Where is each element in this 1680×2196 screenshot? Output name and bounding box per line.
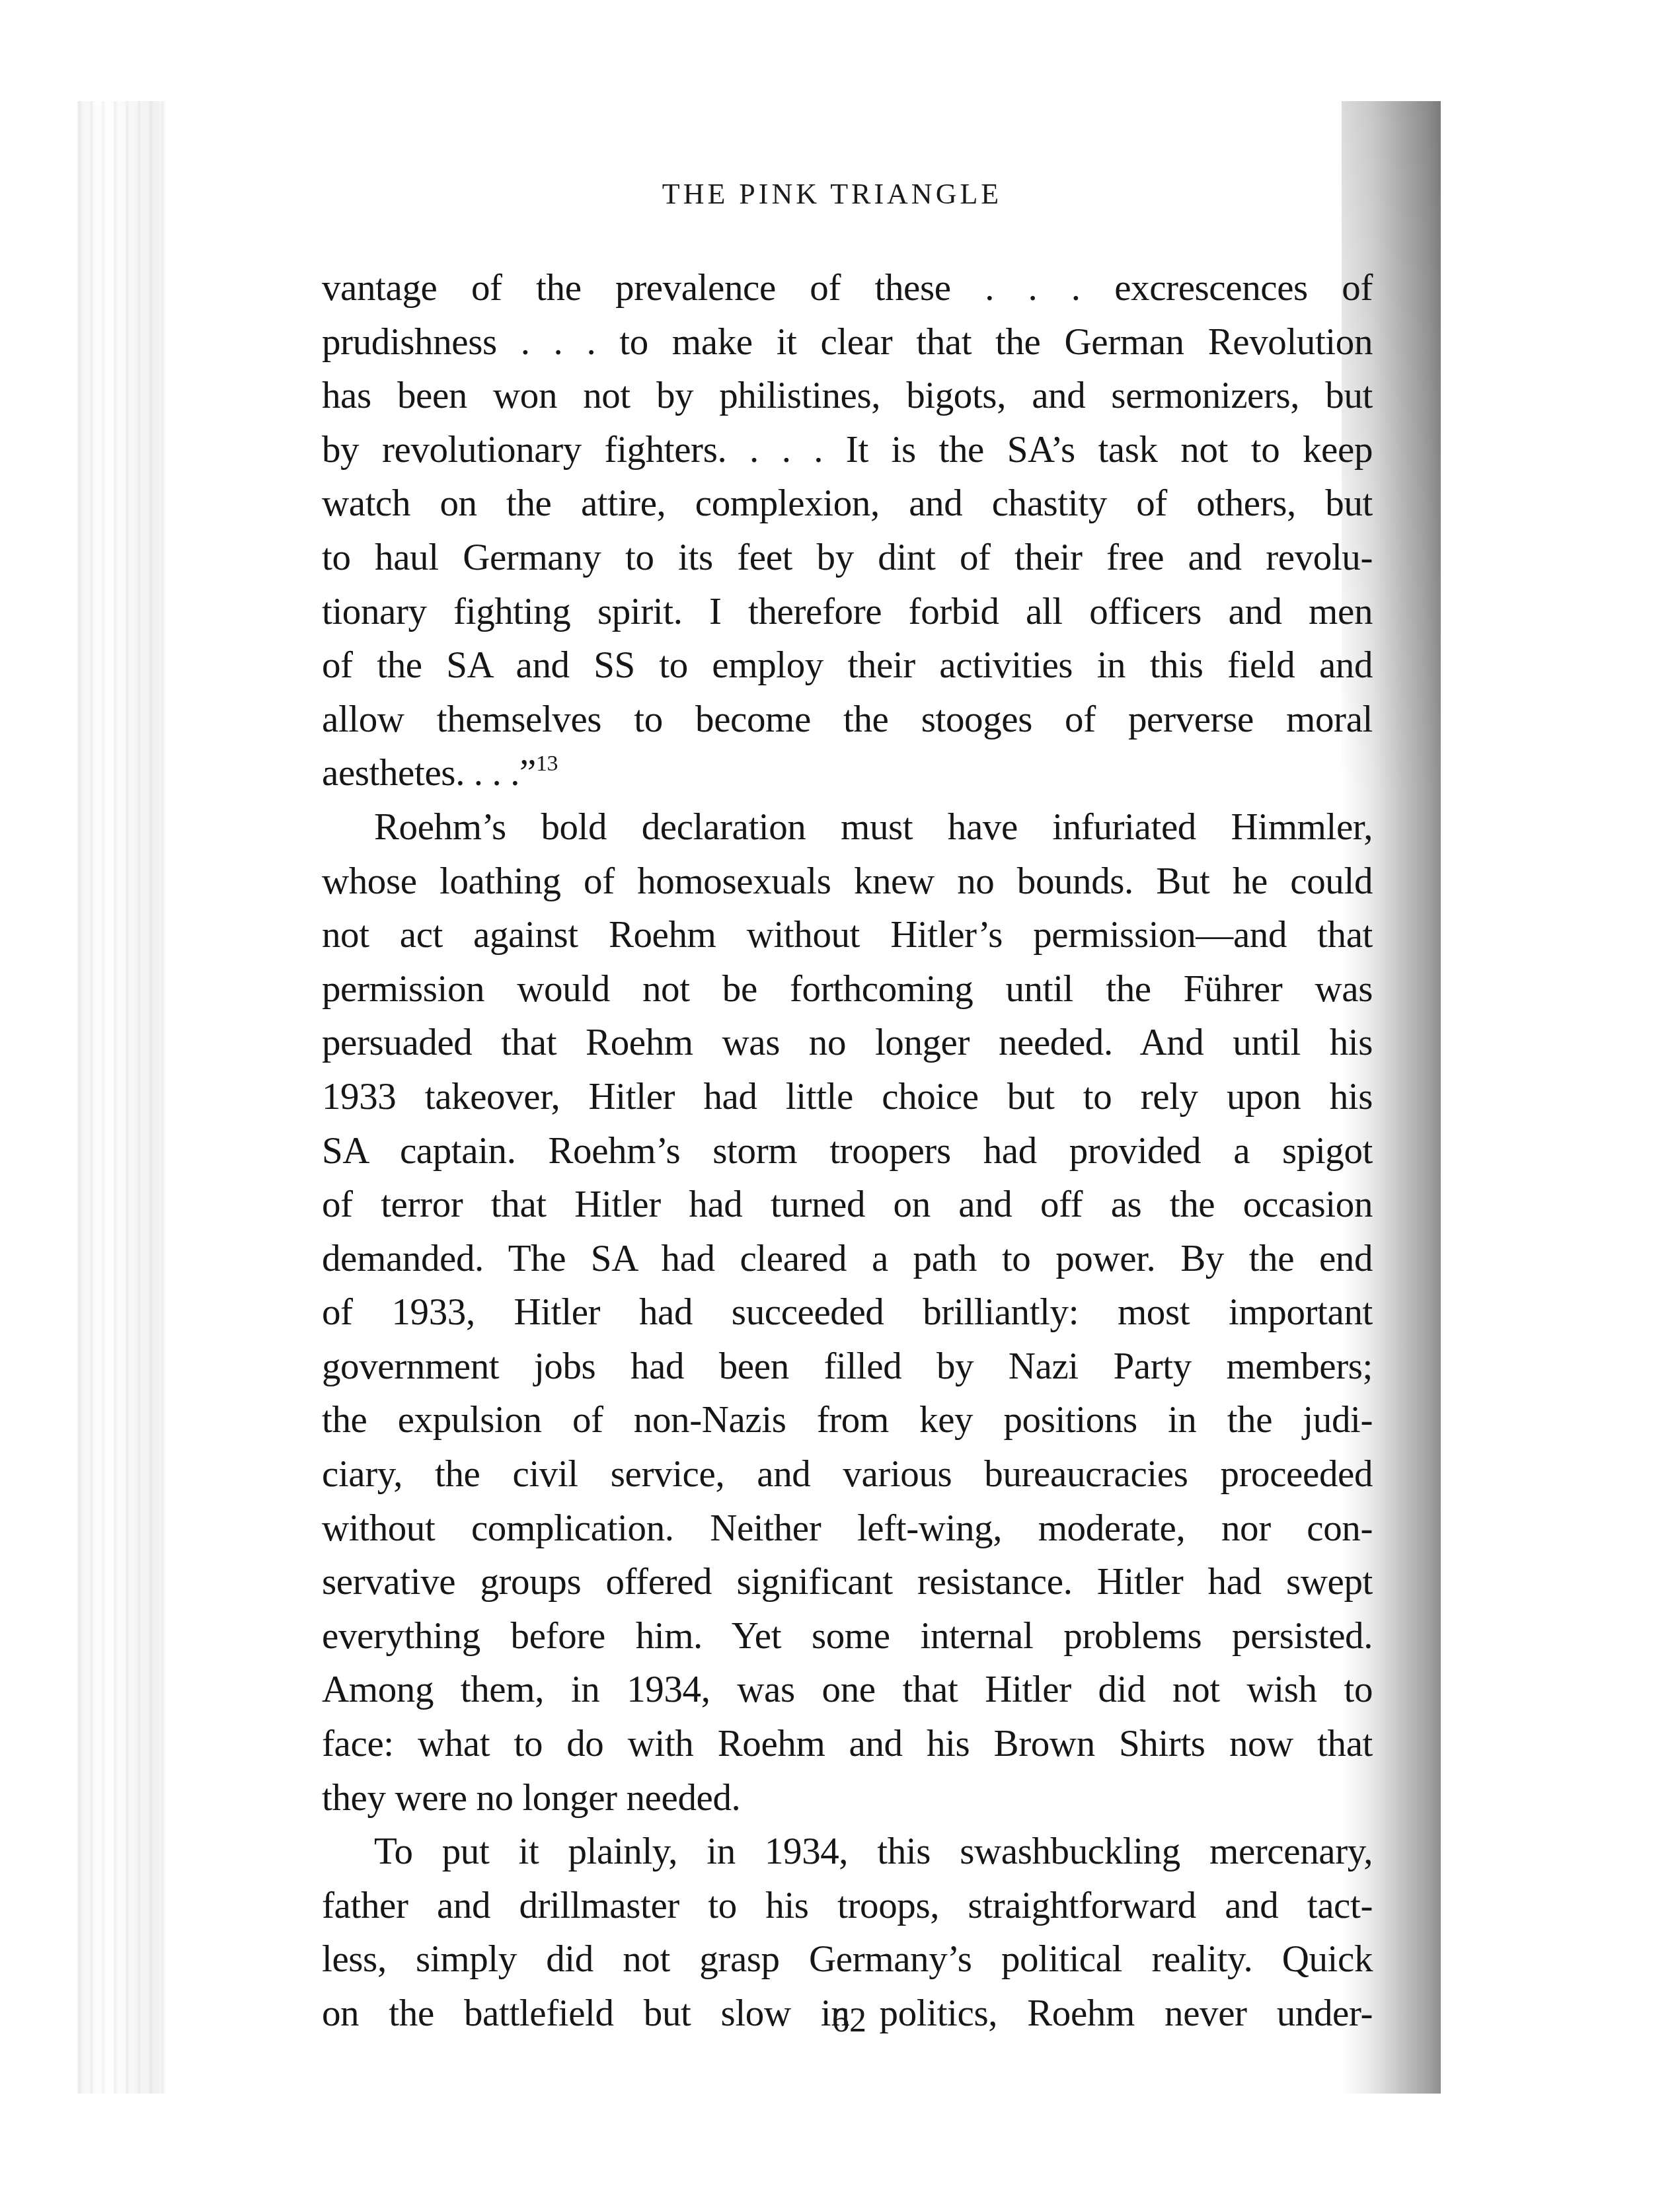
text-line-content: the expulsion of non-Nazis from key posi… <box>322 1399 1373 1441</box>
text-line: the expulsion of non-Nazis from key posi… <box>322 1393 1373 1447</box>
text-line: face: what to do with Roehm and his Brow… <box>322 1717 1373 1771</box>
body-text: vantage of the prevalence of these . . .… <box>322 261 1373 2041</box>
text-line-content: father and drillmaster to his troops, st… <box>322 1885 1373 1926</box>
running-head-title: THE PINK TRIANGLE <box>662 176 1002 213</box>
text-line-content: Roehm’s bold declaration must have infur… <box>374 806 1373 848</box>
text-line-content: persuaded that Roehm was no longer neede… <box>322 1022 1373 1063</box>
text-line-content: of 1933, Hitler had succeeded brilliantl… <box>322 1291 1373 1333</box>
text-line-content: everything before him. Yet some internal… <box>322 1615 1373 1657</box>
text-line: whose loathing of homosexuals knew no bo… <box>322 854 1373 909</box>
text-line: 1933 takeover, Hitler had little choice … <box>322 1070 1373 1124</box>
text-line-content: tionary fighting spirit. I therefore for… <box>322 591 1373 632</box>
text-line: of 1933, Hitler had succeeded brilliantl… <box>322 1285 1373 1340</box>
page-number: 62 <box>0 2001 1680 2041</box>
text-line-content: SA captain. Roehm’s storm troopers had p… <box>322 1130 1373 1172</box>
text-line-content: by revolutionary fighters. . . . It is t… <box>322 429 1373 471</box>
paragraph-first-line: To put it plainly, in 1934, this swashbu… <box>322 1825 1373 1879</box>
text-line-content: 1933 takeover, Hitler had little choice … <box>322 1076 1373 1117</box>
left-page-edge-streaks <box>77 101 167 2094</box>
text-line: to haul Germany to its feet by dint of t… <box>322 531 1373 585</box>
text-line: aesthetes. . . .”13 <box>322 746 1373 800</box>
text-line: of terror that Hitler had turned on and … <box>322 1178 1373 1232</box>
running-head: THE PINK TRIANGLE <box>0 176 1680 213</box>
text-line-content: they were no longer needed. <box>322 1777 740 1819</box>
page-number-value: 62 <box>832 2001 866 2041</box>
text-line: has been won not by philistines, bigots,… <box>322 369 1373 423</box>
text-line-content: allow themselves to become the stooges o… <box>322 699 1373 740</box>
text-line-content: vantage of the prevalence of these . . .… <box>322 267 1373 309</box>
text-line: Among them, in 1934, was one that Hitler… <box>322 1663 1373 1717</box>
text-line-content: less, simply did not grasp Germany’s pol… <box>322 1938 1373 1980</box>
text-line-content: To put it plainly, in 1934, this swashbu… <box>374 1831 1373 1872</box>
text-line: everything before him. Yet some internal… <box>322 1609 1373 1663</box>
paragraph-first-line: Roehm’s bold declaration must have infur… <box>322 800 1373 854</box>
text-line-content: watch on the attire, complexion, and cha… <box>322 482 1373 524</box>
text-line-content: of terror that Hitler had turned on and … <box>322 1184 1373 1225</box>
text-line-content: of the SA and SS to employ their activit… <box>322 644 1373 686</box>
text-line-content: has been won not by philistines, bigots,… <box>322 375 1373 416</box>
text-line-content: government jobs had been filled by Nazi … <box>322 1345 1373 1387</box>
text-line-content: aesthetes. . . .” <box>322 752 536 794</box>
text-line: persuaded that Roehm was no longer neede… <box>322 1016 1373 1070</box>
text-line: of the SA and SS to employ their activit… <box>322 638 1373 693</box>
text-line: not act against Roehm without Hitler’s p… <box>322 908 1373 962</box>
text-line: prudishness . . . to make it clear that … <box>322 315 1373 369</box>
text-line-content: without complication. Neither left-wing,… <box>322 1507 1373 1549</box>
text-line-content: Among them, in 1934, was one that Hitler… <box>322 1669 1373 1710</box>
text-line-content: face: what to do with Roehm and his Brow… <box>322 1723 1373 1764</box>
text-line: tionary fighting spirit. I therefore for… <box>322 585 1373 639</box>
text-line: less, simply did not grasp Germany’s pol… <box>322 1932 1373 1987</box>
text-line: permission would not be forthcoming unti… <box>322 962 1373 1016</box>
text-line: by revolutionary fighters. . . . It is t… <box>322 423 1373 477</box>
text-line-content: demanded. The SA had cleared a path to p… <box>322 1238 1373 1279</box>
text-line: demanded. The SA had cleared a path to p… <box>322 1232 1373 1286</box>
text-line-content: permission would not be forthcoming unti… <box>322 968 1373 1010</box>
text-line-content: prudishness . . . to make it clear that … <box>322 321 1373 363</box>
text-line: watch on the attire, complexion, and cha… <box>322 476 1373 531</box>
text-line: government jobs had been filled by Nazi … <box>322 1340 1373 1394</box>
text-line-content: to haul Germany to its feet by dint of t… <box>322 537 1373 578</box>
text-line: they were no longer needed. <box>322 1771 1373 1825</box>
text-line: allow themselves to become the stooges o… <box>322 693 1373 747</box>
text-line-content: servative groups offered significant res… <box>322 1561 1373 1603</box>
text-line: SA captain. Roehm’s storm troopers had p… <box>322 1124 1373 1178</box>
text-line-content: whose loathing of homosexuals knew no bo… <box>322 860 1373 902</box>
text-line-content: ciary, the civil service, and various bu… <box>322 1453 1373 1495</box>
text-line: father and drillmaster to his troops, st… <box>322 1879 1373 1933</box>
text-line: ciary, the civil service, and various bu… <box>322 1447 1373 1501</box>
text-line: vantage of the prevalence of these . . .… <box>322 261 1373 315</box>
text-line: servative groups offered significant res… <box>322 1555 1373 1609</box>
footnote-reference: 13 <box>536 751 558 776</box>
text-line-content: not act against Roehm without Hitler’s p… <box>322 914 1373 956</box>
text-line: without complication. Neither left-wing,… <box>322 1501 1373 1556</box>
